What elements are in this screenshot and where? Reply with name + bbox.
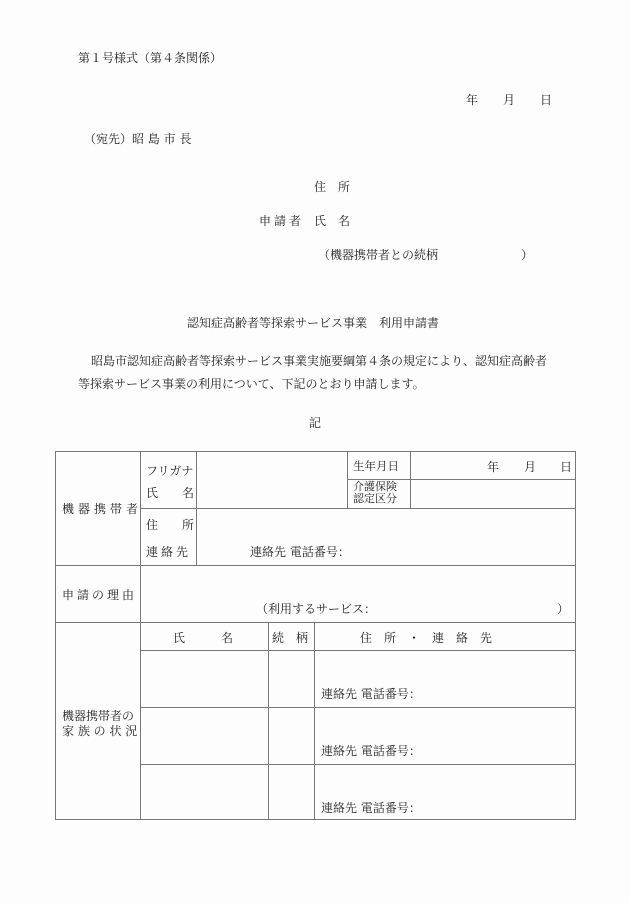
family-col-address: 住 所 ・ 連 絡 先 [360,629,492,646]
family-relation-input[interactable] [270,709,313,763]
reason-label: 申請の理由 [62,586,137,603]
date-month: 月 [503,91,515,108]
family-phone-label: 連絡先 電話番号： [321,742,421,759]
applicant-address-label: 住 所 [314,178,350,195]
date-year: 年 [466,91,478,108]
reason-input[interactable] [142,567,574,593]
birthdate-label: 生年月日 [353,458,399,474]
name-input[interactable] [198,480,346,507]
applicant-relation-label: （機器携帯者との続柄 [318,246,438,263]
name-label: 氏 名 [146,484,194,501]
birthdate-day[interactable]: 日 [560,458,572,475]
family-col-name: 氏 名 [173,629,233,646]
service-close: ） [557,600,569,617]
device-holder-label: 機器携帯者 [62,500,142,517]
applicant-role-label: 申請者 [259,212,304,229]
family-name-input[interactable] [142,652,267,706]
service-label: （利用するサービス： [256,600,376,617]
document-title: 認知症高齢者等探索サービス事業 利用申請書 [187,314,439,331]
applicant-relation-close: ） [521,246,533,263]
applicant-name-label: 氏 名 [314,212,350,229]
family-label-2: 家 族 の 状 況 [62,722,137,739]
furigana-label: フリガナ [146,462,193,479]
family-phone-label: 連絡先 電話番号： [321,799,421,816]
family-name-input[interactable] [142,709,267,763]
body-line-2: 等探索サービス事業の利用について、下記のとおり申請します。 [78,375,425,392]
care-level-input[interactable] [412,481,574,507]
contact-label: 連絡先 [146,543,191,560]
date-day: 日 [540,91,552,108]
family-name-input[interactable] [142,766,267,818]
phone-label: 連絡先 電話番号： [250,543,350,560]
family-relation-input[interactable] [270,766,313,818]
birthdate-year[interactable]: 年 [487,458,499,475]
furigana-input[interactable] [198,453,346,478]
family-relation-input[interactable] [270,652,313,706]
family-col-relation: 続 柄 [272,629,308,646]
care-label-2: 認定区分 [353,493,397,505]
family-phone-label: 連絡先 電話番号： [321,685,421,702]
address-input[interactable] [198,510,574,537]
form-number: 第１号様式（第４条関係） [78,49,222,66]
address-label: 住 所 [146,516,194,533]
ki-label: 記 [309,414,321,431]
addressee: （宛先）昭 島 市 長 [84,130,191,147]
birthdate-month[interactable]: 月 [524,458,536,475]
body-line-1: 昭島市認知症高齢者等探索サービス事業実施要綱第４条の規定により、認知症高齢者 [91,352,547,369]
